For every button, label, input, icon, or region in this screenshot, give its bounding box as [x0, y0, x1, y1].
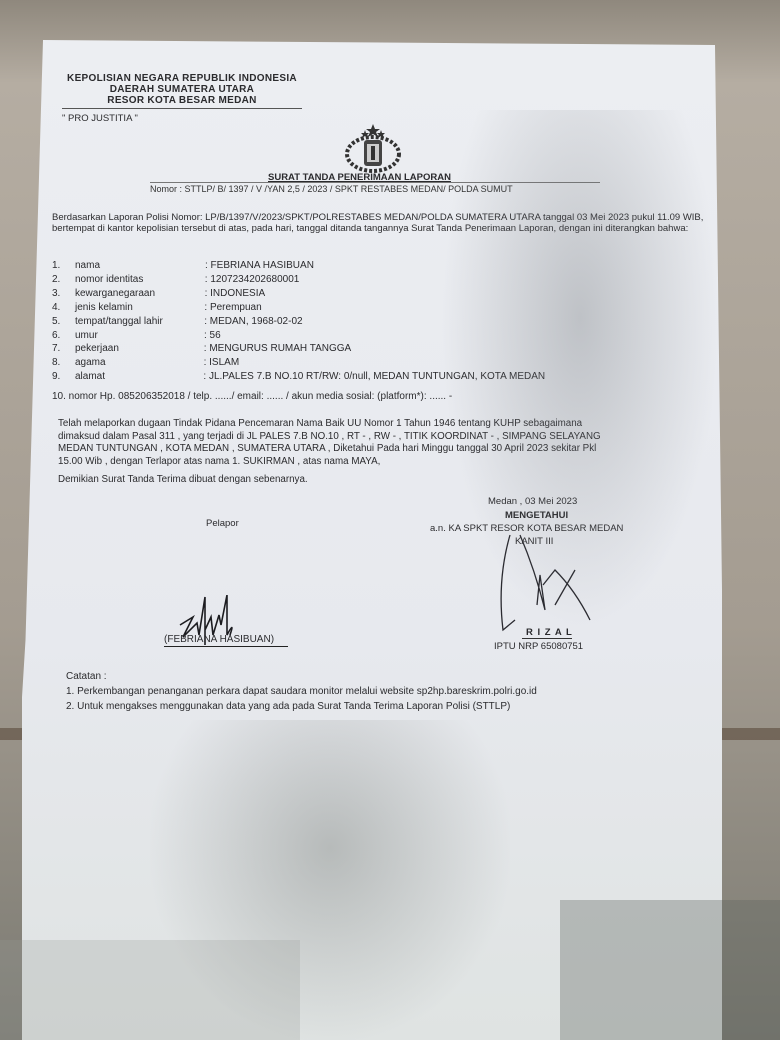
- header-line-2: DAERAH SUMATERA UTARA: [62, 84, 302, 95]
- field-value: : FEBRIANA HASIBUAN: [205, 260, 314, 271]
- police-emblem-icon: [340, 122, 406, 174]
- note-item: 2. Untuk mengakses menggunakan data yang…: [66, 701, 510, 712]
- field-num: 4.: [52, 302, 60, 313]
- field-num: 8.: [52, 357, 60, 368]
- notes-heading: Catatan :: [66, 671, 107, 682]
- field-value: : ISLAM: [204, 357, 240, 368]
- reporter-name-underline: [164, 646, 288, 647]
- field-num: 7.: [52, 343, 60, 354]
- field-label: alamat: [75, 371, 105, 382]
- header-line-3: RESOR KOTA BESAR MEDAN: [62, 95, 302, 106]
- field-label: kewarganegaraan: [75, 288, 155, 299]
- field-num: 9.: [52, 371, 60, 382]
- reporter-label: Pelapor: [206, 518, 239, 529]
- field-num: 5.: [52, 316, 60, 327]
- field-value: : MENGURUS RUMAH TANGGA: [204, 343, 351, 354]
- field-label: nomor identitas: [75, 274, 143, 285]
- field-label: agama: [75, 357, 106, 368]
- field-value: : 56: [204, 330, 221, 341]
- field-label: umur: [75, 330, 98, 341]
- field-label: tempat/tanggal lahir: [75, 316, 163, 327]
- photo-shadow: [440, 110, 720, 630]
- photo-shadow: [560, 900, 780, 1040]
- field-label: pekerjaan: [75, 343, 119, 354]
- pro-justitia: " PRO JUSTITIA ": [62, 113, 138, 124]
- field-num: 3.: [52, 288, 60, 299]
- body-line: 15.00 Wib , dengan Terlapor atas nama 1.…: [58, 456, 380, 469]
- field-num: 6.: [52, 330, 60, 341]
- reporter-name: (FEBRIANA HASIBUAN): [164, 634, 274, 645]
- field-num: 2.: [52, 274, 60, 285]
- field-label: jenis kelamin: [75, 302, 133, 313]
- officer-rank-nrp: IPTU NRP 65080751: [494, 641, 583, 652]
- photo-shadow: [0, 940, 300, 1040]
- field-value: : MEDAN, 1968-02-02: [204, 316, 302, 327]
- header-line-1: KEPOLISIAN NEGARA REPUBLIK INDONESIA: [62, 73, 302, 84]
- field-label: nama: [75, 260, 100, 271]
- officer-name-underline: [522, 638, 572, 639]
- field-num: 1.: [52, 260, 60, 271]
- header-divider: [62, 108, 302, 109]
- field-value: : Perempuan: [204, 302, 261, 313]
- note-item: 1. Perkembangan penanganan perkara dapat…: [66, 686, 537, 697]
- field-value: : 1207234202680001: [205, 274, 300, 285]
- field-value: : INDONESIA: [205, 288, 266, 299]
- closing-statement: Demikian Surat Tanda Terima dibuat denga…: [58, 474, 308, 487]
- field-phone: 10. nomor Hp. 085206352018 / telp. .....…: [52, 391, 452, 402]
